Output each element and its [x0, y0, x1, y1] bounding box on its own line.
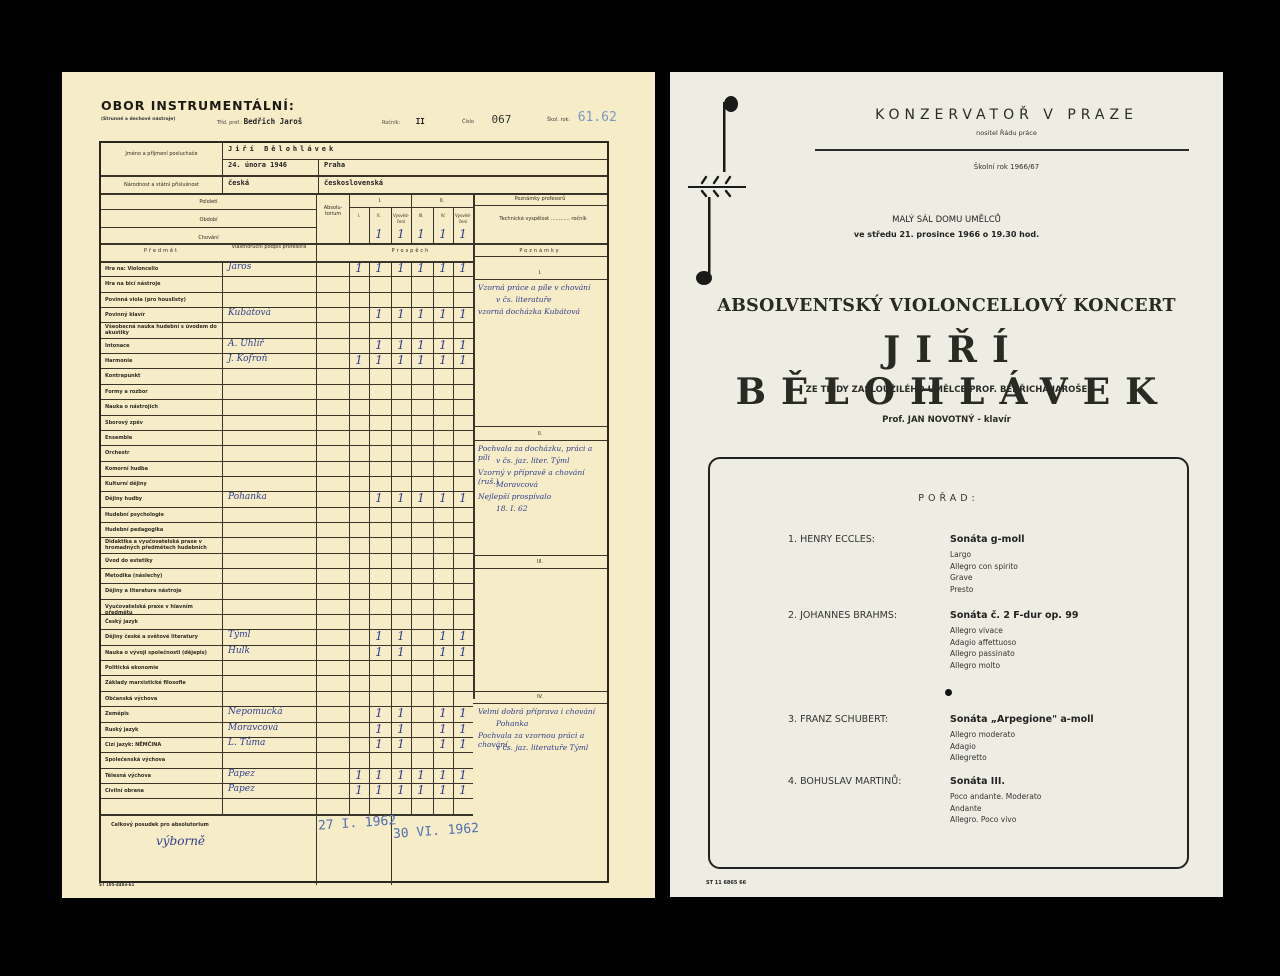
subject-name: Didaktika a vyučovatelská praxe v hromad…: [105, 539, 220, 551]
grid-line: [101, 399, 473, 400]
grade-mark: 1: [456, 491, 470, 505]
form-title: OBOR INSTRUMENTÁLNÍ:: [101, 98, 295, 113]
grid-line: [369, 207, 370, 243]
cell-label: IV.: [433, 213, 453, 219]
grid-line: [222, 159, 607, 160]
grade-mark: 1: [394, 768, 408, 782]
grade-mark: 1: [394, 783, 408, 797]
grid-line: [101, 568, 473, 569]
professor-signature: Moravcová: [228, 723, 278, 733]
movement: Largo: [950, 550, 971, 559]
grade-mark: 1: [394, 353, 408, 367]
subject-name: Úvod do estetiky: [105, 558, 220, 564]
grade-mark: 1: [436, 722, 450, 736]
grid-line: [101, 675, 473, 676]
grid-line: [101, 415, 473, 416]
grade-mark: 1: [456, 307, 470, 321]
grade-mark: 1: [372, 783, 386, 797]
grade-mark: 1: [372, 706, 386, 720]
cell-label: Pololetí: [101, 199, 316, 205]
cell-label: Předmět: [101, 248, 222, 254]
grid-line: [473, 555, 607, 556]
movement: Andante: [950, 804, 982, 813]
cell-label: II.: [473, 431, 607, 437]
grade-mark: 1: [394, 706, 408, 720]
cell-label: Jméno a příjmení posluchače: [101, 151, 222, 157]
grid-line: [101, 691, 473, 692]
subject-name: Intonace: [105, 343, 220, 349]
grid-line: [411, 261, 412, 814]
grade-mark: 1: [372, 261, 386, 275]
conduct-grade: 1: [372, 227, 386, 241]
grid-line: [473, 691, 607, 692]
professor-note: Velmi dobrá příprava i chování: [478, 707, 602, 716]
movement: Grave: [950, 573, 973, 582]
composer: 2. JOHANNES BRAHMS:: [788, 610, 897, 621]
school-year: Škol. rok: 61.62: [547, 110, 617, 125]
composer: 1. HENRY ECCLES:: [788, 534, 875, 545]
grid-line: [453, 261, 454, 814]
conduct-grade: 1: [456, 227, 470, 241]
conduct-grade: 1: [436, 227, 450, 241]
subject-name: Všeobecná nauka hudební s úvodem do akus…: [105, 324, 220, 336]
composer: 3. FRANZ SCHUBERT:: [788, 714, 888, 725]
grade-mark: 1: [414, 491, 428, 505]
cell-label: I.: [473, 270, 607, 276]
grid-line: [101, 645, 473, 646]
venue: MALÝ SÁL DOMU UMĚLCŮ: [670, 215, 1223, 225]
professor-note: v čs. jaz. literatuře Týml: [496, 743, 620, 752]
grade-mark: 1: [352, 353, 366, 367]
subject-name: Hudební pedagogika: [105, 527, 220, 533]
grid-line: [433, 261, 434, 814]
subject-name: Povinný klavír: [105, 312, 220, 318]
grid-line: [473, 703, 607, 704]
professor-signature: A. Uhlíř: [228, 339, 264, 349]
grid-line: [473, 205, 607, 206]
grid-line: [391, 207, 392, 243]
grade-mark: 1: [436, 629, 450, 643]
grade-mark: 1: [436, 737, 450, 751]
professor-signature: Papez: [228, 769, 255, 779]
program-box: POŘAD: 1. HENRY ECCLES:Sonáta g-mollLarg…: [708, 457, 1189, 869]
grade-mark: 1: [352, 783, 366, 797]
grade-mark: 1: [372, 491, 386, 505]
grade-mark: 1: [436, 783, 450, 797]
subject-name: Hra na bicí nástroje: [105, 281, 220, 287]
subject-name: Metodika (náslechy): [105, 573, 220, 579]
grade-mark: 1: [456, 768, 470, 782]
class-professor-value: Bedřich Jaroš: [244, 117, 303, 126]
cell-label: Vlastnoruční podpis profesora: [222, 244, 316, 250]
subject-name: Hra na: Violoncello: [105, 266, 220, 272]
school-subtitle: nositel Řádu práce: [670, 129, 1223, 137]
record-number: Číslo 067: [462, 113, 511, 126]
grid-line: [101, 276, 473, 277]
cell-label: I.: [349, 198, 411, 204]
professor-note: Nejlepší prospívalo: [478, 492, 602, 501]
grid-line: [349, 207, 473, 208]
grade-mark: 1: [456, 261, 470, 275]
movement: Poco andante. Moderato: [950, 792, 1041, 801]
grid-line: [101, 722, 473, 723]
professor-note: Pohanka: [496, 719, 620, 728]
grid-line: [369, 261, 370, 814]
professor-signature: Týml: [228, 630, 251, 640]
grade-mark: 1: [414, 783, 428, 797]
grid-line: [349, 261, 350, 814]
movement: Allegretto: [950, 753, 987, 762]
grade-mark: 1: [436, 645, 450, 659]
grid-line: [101, 476, 473, 477]
grade-mark: 1: [372, 629, 386, 643]
class-professor: Tříd. prof.: Bedřich Jaroš: [217, 117, 302, 126]
grid-line: [473, 193, 475, 699]
grade-mark: 1: [436, 353, 450, 367]
grade-mark: 1: [394, 261, 408, 275]
grade-mark: 1: [436, 768, 450, 782]
subject-name: Český jazyk: [105, 619, 220, 625]
grid-line: [101, 209, 316, 210]
grid-line: [473, 279, 607, 280]
movement: Allegro molto: [950, 661, 1000, 670]
composer: 4. BOHUSLAV MARTINŮ:: [788, 776, 901, 787]
grade-mark: 1: [372, 737, 386, 751]
subject-name: Zeměpis: [105, 711, 220, 717]
movement: Adagio: [950, 742, 976, 751]
grid-line: [101, 553, 473, 554]
grade-mark: 1: [456, 629, 470, 643]
cell-label: Absolu-torium: [318, 205, 348, 217]
grade-mark: 1: [456, 706, 470, 720]
grade-mark: 1: [414, 307, 428, 321]
subject-name: Civilní obrana: [105, 788, 220, 794]
subject-name: Ruský jazyk: [105, 727, 220, 733]
work-title: Sonáta g-moll: [950, 534, 1024, 545]
cell-label: II.: [369, 213, 389, 219]
grid-line: [473, 440, 607, 441]
grade-mark: 1: [414, 261, 428, 275]
performer-name: JIŘÍ BĚLOHLÁVEK: [670, 329, 1223, 413]
grid-line: [101, 614, 473, 615]
grade-mark: 1: [456, 783, 470, 797]
professor-note: v čs. jaz. liter. Týml: [496, 456, 620, 465]
divider: [815, 149, 1189, 151]
grid-line: [101, 814, 473, 816]
subject-name: Společenská výchova: [105, 757, 220, 763]
grade-mark: 1: [372, 645, 386, 659]
grid-line: [101, 461, 473, 462]
grid-line: [101, 384, 473, 385]
subject-name: Dějiny a literatura nástroje: [105, 588, 220, 594]
subject-name: Hudební psychologie: [105, 512, 220, 518]
cell-label: IV.: [473, 694, 607, 700]
grade-mark: 1: [414, 768, 428, 782]
grade-mark: 1: [456, 645, 470, 659]
grid-line: [433, 207, 434, 243]
subject-name: Politická ekonomie: [105, 665, 220, 671]
grid-line: [101, 599, 473, 600]
concert-datetime: ve středu 21. prosince 1966 o 19.30 hod.: [670, 230, 1223, 239]
class-of: ZE TŘÍDY ZASLOUŽILÉHO UMĚLCE PROF. BEDŘI…: [670, 385, 1223, 395]
subject-name: Nauka o nástrojích: [105, 404, 220, 410]
subject-name: Občanská výchova: [105, 696, 220, 702]
grid-line: [101, 193, 607, 195]
professor-signature: Jaroš: [228, 262, 251, 272]
grade-mark: 1: [394, 629, 408, 643]
grid-line: [101, 368, 473, 369]
cell-label: Poznámky profesorů: [473, 196, 607, 202]
form-code: ST 105-4483-61: [99, 882, 134, 887]
movement: Allegro. Poco vivo: [950, 815, 1016, 824]
birth-place: Praha: [324, 162, 404, 168]
professor-note: Moravcová: [496, 480, 620, 489]
subject-name: Dějiny hudby: [105, 496, 220, 502]
grid-line: [101, 445, 473, 446]
grade-mark: 1: [436, 491, 450, 505]
cell-label: Období: [101, 217, 316, 223]
grid-line: [316, 261, 317, 814]
grid-line: [101, 583, 473, 584]
conduct-grade: 1: [394, 227, 408, 241]
cell-label: Vysvěd-čení: [453, 213, 473, 225]
subject-name: Kulturní dějiny: [105, 481, 220, 487]
movement: Allegro vivace: [950, 626, 1003, 635]
grade-mark: 1: [436, 338, 450, 352]
grade-mark: 1: [372, 353, 386, 367]
grid-line: [101, 737, 473, 738]
grade-mark: 1: [394, 491, 408, 505]
grid-line: [101, 752, 473, 753]
dot-icon: [945, 689, 952, 696]
subject-name: Sborový zpěv: [105, 420, 220, 426]
subject-name: Kontrapunkt: [105, 373, 220, 379]
report-card-page: OBOR INSTRUMENTÁLNÍ: (Strunné a dechové …: [62, 72, 655, 898]
grid-line: [101, 629, 473, 630]
citizenship: československá: [324, 180, 444, 186]
grade-mark: 1: [414, 353, 428, 367]
cell-label: Národnost a státní příslušnost: [101, 182, 222, 188]
grid-line: [391, 261, 392, 814]
professor-signature: Papez: [228, 784, 255, 794]
cell-label: III.: [411, 213, 431, 219]
nationality: česká: [228, 180, 308, 186]
grid-line: [222, 261, 223, 814]
grade-mark: 1: [394, 307, 408, 321]
grade-mark: 1: [436, 261, 450, 275]
movement: Adagio affettuoso: [950, 638, 1016, 647]
subject-name: Ensemble: [105, 435, 220, 441]
movement: Allegro con spirito: [950, 562, 1018, 571]
cell-label: Technická vyspělost ............ ročník: [483, 216, 603, 222]
grid-line: [473, 426, 607, 427]
work-title: Sonáta č. 2 F-dur op. 99: [950, 610, 1078, 621]
grid-line: [101, 292, 473, 293]
cell-label: Vysvěd-čení: [391, 213, 411, 225]
grade-mark: 1: [456, 338, 470, 352]
subject-name: Základy marxistické filosofie: [105, 680, 220, 686]
professor-note: Vzorná práce a píle v chování: [478, 283, 602, 292]
professor-signature: Pohanka: [228, 492, 267, 502]
grades-table: Jméno a příjmení posluchačeJiří Bělohláv…: [99, 141, 609, 883]
subject-name: Orchestr: [105, 450, 220, 456]
grade-mark: 1: [372, 338, 386, 352]
concert-program-page: KONZERVATOŘ V PRAZE nositel Řádu práce Š…: [670, 72, 1223, 897]
grade-mark: 1: [372, 722, 386, 736]
work-title: Sonáta III.: [950, 776, 1005, 787]
grade-mark: 1: [456, 737, 470, 751]
form-subtitle: (Strunné a dechové nástroje): [101, 117, 175, 122]
grade-mark: 1: [456, 353, 470, 367]
grade-mark: 1: [394, 338, 408, 352]
subject-name: Nauka o vývoji společnosti (dějepis): [105, 650, 220, 656]
grid-line: [101, 660, 473, 661]
grid-line: [101, 507, 473, 508]
grade-mark: 1: [394, 722, 408, 736]
student-name: Jiří Bělohlávek: [228, 146, 428, 152]
grid-line: [101, 227, 316, 228]
grade-mark: 1: [372, 307, 386, 321]
cell-label: Celkový posudek pro absolutorium: [111, 822, 261, 828]
movement: Allegro moderato: [950, 730, 1015, 739]
professor-signature: L. Tůma: [228, 738, 265, 748]
grade-mark: 1: [394, 645, 408, 659]
professor-signature: Hulk: [228, 646, 250, 656]
grade-mark: 1: [456, 722, 470, 736]
movement: Presto: [950, 585, 973, 594]
movement: Allegro passinato: [950, 649, 1015, 658]
grade-mark: 1: [436, 307, 450, 321]
professor-signature: Kubátová: [228, 308, 271, 318]
professor-signature: J. Kofroň: [228, 354, 267, 364]
grid-line: [222, 143, 223, 193]
professor-note: v čs. literatuře: [496, 295, 620, 304]
birth-date: 24. února 1946: [228, 162, 308, 168]
subject-name: Harmonie: [105, 358, 220, 364]
subject-name: Komorní hudba: [105, 466, 220, 472]
school-name: KONZERVATOŘ V PRAZE: [670, 107, 1223, 123]
subject-name: Povinná viola (pro houslisty): [105, 297, 220, 303]
cell-label: Chování: [101, 235, 316, 241]
cell-label: II.: [411, 198, 473, 204]
grid-line: [473, 568, 607, 569]
grade-mark: 1: [436, 706, 450, 720]
print-code: ST 11 6865 66: [706, 880, 746, 886]
concert-title: ABSOLVENTSKÝ VIOLONCELLOVÝ KONCERT: [670, 296, 1223, 316]
grid-line: [101, 243, 607, 245]
school-year: Školní rok 1966/67: [670, 163, 1223, 171]
grade-mark: 1: [352, 261, 366, 275]
subject-name: Tělesná výchova: [105, 773, 220, 779]
grid-line: [453, 207, 454, 243]
subject-name: Cizí jazyk: NĚMČINA: [105, 742, 220, 748]
cell-label: I.: [349, 213, 369, 219]
grid-line: [318, 159, 319, 193]
professor-signature: Nepomucká: [228, 707, 283, 717]
grid-line: [473, 256, 607, 257]
conduct-grade: 1: [414, 227, 428, 241]
year-of-study: Ročník: II: [382, 117, 425, 126]
grid-line: [101, 706, 473, 707]
grid-line: [101, 798, 473, 799]
grid-line: [101, 175, 607, 177]
professor-note: 18. I. 62: [496, 504, 620, 513]
grid-line: [316, 814, 317, 885]
date-stamp: 30 VI. 1962: [393, 821, 480, 842]
accompanist: Prof. JAN NOVOTNÝ - klavír: [670, 415, 1223, 425]
grade-mark: 1: [394, 737, 408, 751]
program-heading: POŘAD:: [710, 493, 1187, 504]
cell-label: Prospěch: [349, 248, 473, 254]
subject-name: Formy a rozbor: [105, 389, 220, 395]
grid-line: [101, 522, 473, 523]
subject-name: Dějiny české a světové literatury: [105, 634, 220, 640]
professor-note: vzorná docházka Kubátová: [478, 307, 602, 316]
cell-label: III.: [473, 559, 607, 565]
grid-line: [101, 430, 473, 431]
work-title: Sonáta „Arpegione" a-moll: [950, 714, 1094, 725]
overall-assessment: výborně: [156, 834, 205, 848]
grade-mark: 1: [372, 768, 386, 782]
grade-mark: 1: [352, 768, 366, 782]
cell-label: Poznámky: [473, 248, 607, 254]
date-stamp: 27 I. 1962: [318, 813, 397, 833]
grade-mark: 1: [414, 338, 428, 352]
